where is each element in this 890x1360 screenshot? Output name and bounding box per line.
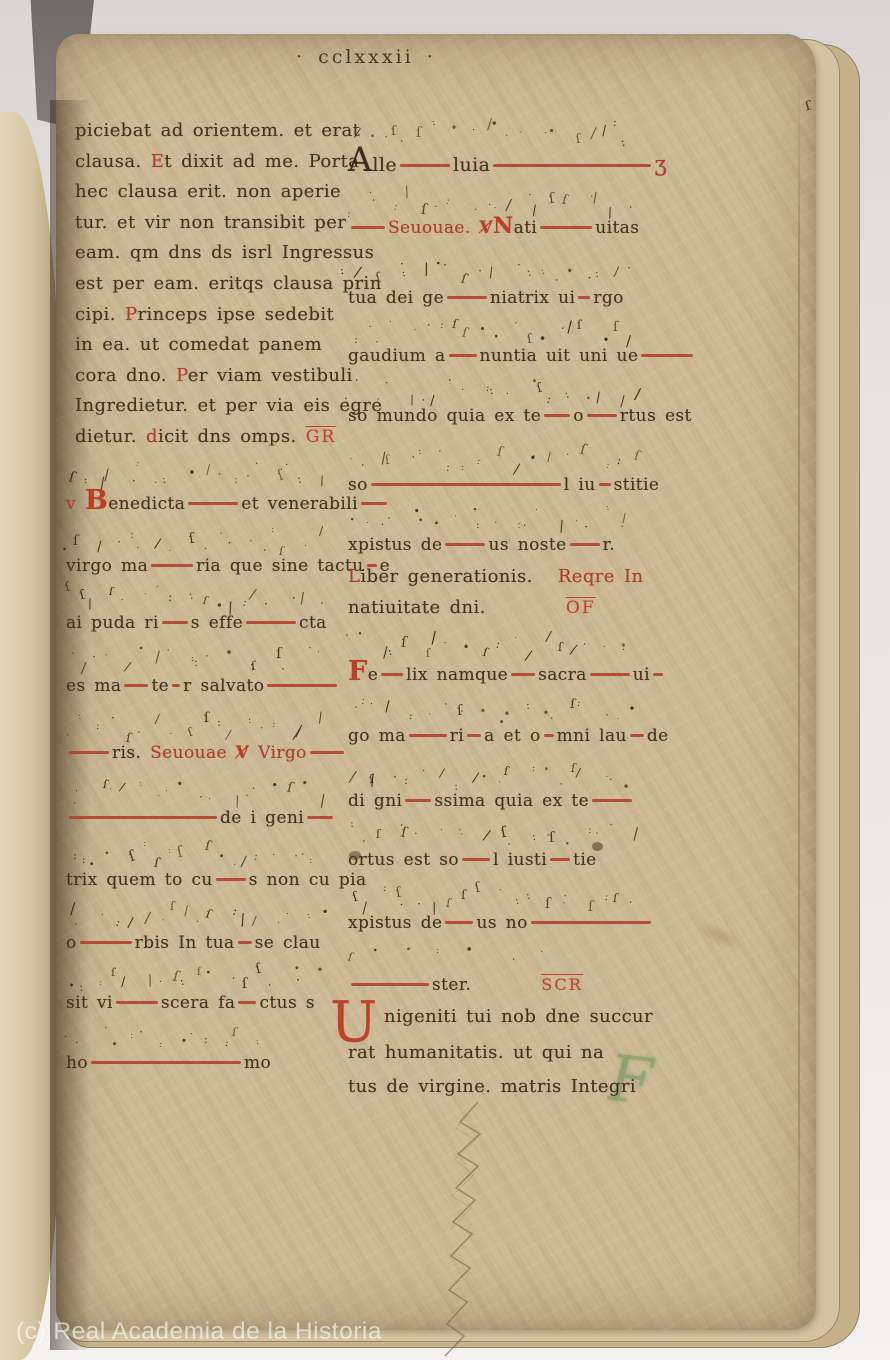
neume-mark: : xyxy=(408,711,414,722)
lection-ezekiel-line-7: cipi. Princeps ipse sedebit xyxy=(75,304,334,325)
neume-mark: · xyxy=(245,470,250,483)
melisma-extension-line xyxy=(238,941,252,944)
melisma-extension-line xyxy=(371,483,561,486)
neume-mark: · xyxy=(615,715,621,725)
neume-mark: · xyxy=(296,975,301,988)
melisma-extension-line xyxy=(467,734,481,737)
secret-unigeniti-line-2: rat humanitatis. ut qui na xyxy=(348,1042,604,1063)
melisma-extension-line xyxy=(351,983,429,986)
neume-mark: : xyxy=(445,196,452,207)
neume-mark: ∙ xyxy=(358,630,363,639)
neume-mark: / xyxy=(184,905,189,918)
latin-text: xpistus de xyxy=(348,913,442,933)
neume-mark: ſ xyxy=(276,647,282,662)
latin-text: piciebat ad orientem. et erat xyxy=(75,120,360,141)
neume-mark: / xyxy=(70,901,75,917)
neume-mark: · xyxy=(628,898,632,909)
neume-mark: / xyxy=(380,451,387,467)
lection-ezekiel-line-6: est per eam. eritqs clausa prin xyxy=(75,273,382,294)
neume-mark: ∙ xyxy=(62,545,68,555)
latin-text: go ma xyxy=(348,726,406,746)
neume-mark: · xyxy=(513,318,519,328)
neume-mark: · xyxy=(427,710,432,720)
neume-mark: : xyxy=(204,1034,208,1046)
rubricated-letter: P xyxy=(125,304,138,325)
melisma-extension-line xyxy=(381,673,403,676)
neume-mark: · xyxy=(355,375,360,387)
copyright-watermark: (c) Real Academia de la Historia xyxy=(16,1318,382,1346)
latin-text: ati xyxy=(514,218,538,238)
rubricated-letter: L xyxy=(348,566,360,587)
neume-mark: · xyxy=(558,779,565,791)
melisma-extension-line xyxy=(162,621,188,624)
neume-mark: · xyxy=(527,190,532,200)
neume-mark: / xyxy=(103,468,109,484)
neume-mark: ∙ xyxy=(271,779,279,791)
neume-mark: : xyxy=(190,654,195,664)
latin-text: Ingredietur. et per via eis egre xyxy=(75,395,382,416)
alleluia-offertory-line-8: Liber generationis. Reqre In xyxy=(348,566,643,587)
latin-text: de xyxy=(647,726,669,746)
melisma-extension-line xyxy=(351,226,385,229)
neume-mark: : xyxy=(613,116,618,128)
neume-mark: · xyxy=(232,860,237,871)
neume-mark: : xyxy=(167,591,172,604)
latin-text: ho xyxy=(66,1053,88,1073)
neume-mark: · xyxy=(459,706,465,718)
latin-text: stitie xyxy=(614,475,660,495)
rubric-text: Seuouae xyxy=(150,743,236,763)
latin-text: niatrix ui xyxy=(490,288,575,308)
alleluia-offertory-line-11: go maria et omni laude xyxy=(348,726,669,746)
neume-mark: ſ xyxy=(560,194,568,208)
neume-mark: / xyxy=(206,464,211,477)
neume-mark: · xyxy=(385,513,392,525)
neume-mark: : xyxy=(532,764,535,773)
neume-mark: ſ xyxy=(569,699,575,712)
latin-text: ai puda ri xyxy=(66,613,159,633)
neume-mark: · xyxy=(143,590,148,600)
melisma-extension-line xyxy=(310,751,344,754)
neume-mark: · xyxy=(609,820,615,831)
latin-text: us no xyxy=(476,913,527,933)
neume-mark: / xyxy=(348,768,357,785)
neume-mark: / xyxy=(292,726,301,742)
neume-mark: ſ xyxy=(632,449,641,464)
neume-mark: ſ xyxy=(196,966,200,977)
neume-mark: / xyxy=(86,598,94,612)
neume-mark: · xyxy=(472,126,475,136)
neume-mark: · xyxy=(136,727,141,738)
neume-mark: · xyxy=(545,830,551,842)
neume-mark: / xyxy=(621,512,626,524)
neume-mark: ſ xyxy=(286,780,295,795)
melisma-extension-line xyxy=(587,414,617,417)
latin-text: ris. xyxy=(112,743,150,763)
neume-mark: / xyxy=(120,976,125,989)
melisma-extension-line xyxy=(116,1001,158,1004)
neume-mark: · xyxy=(498,778,501,787)
neume-mark: · xyxy=(608,774,613,785)
neume-mark: ſ xyxy=(570,762,576,775)
neume-mark: : xyxy=(231,905,239,918)
melisma-extension-line xyxy=(447,296,487,299)
neume-mark: : xyxy=(588,825,592,836)
neume-mark: : xyxy=(255,1037,260,1047)
melisma-extension-line xyxy=(69,816,217,819)
neume-mark: · xyxy=(560,899,566,909)
latin-text: lix namque xyxy=(406,665,508,685)
neume-mark: ſ xyxy=(73,534,79,548)
neume-mark: ſ xyxy=(535,381,543,394)
illuminated-initial-u: U xyxy=(330,998,377,1048)
alleluia-offertory-line-15: ster.SCR xyxy=(348,975,583,995)
latin-text: rbis In tua xyxy=(135,933,235,953)
neume-mark: : xyxy=(563,389,571,402)
alleluia-offertory-line-10: Felix namquesacraui xyxy=(348,661,666,685)
neume-mark: / xyxy=(123,660,132,674)
latin-text: te xyxy=(151,676,169,696)
neume-mark: · xyxy=(349,455,355,465)
gradual-benedicta-line-7: trix quem to cus non cu pia xyxy=(66,870,367,890)
neume-mark: ∙ xyxy=(532,376,537,386)
melisma-extension-line xyxy=(493,164,651,167)
neume-mark: ſ xyxy=(459,272,468,287)
rubric-text: Virgo xyxy=(249,743,306,763)
neume-mark: : xyxy=(350,818,355,830)
neume-mark: · xyxy=(629,201,634,212)
neume-mark: · xyxy=(166,546,172,557)
latin-text: se clau xyxy=(255,933,321,953)
neume-mark: ∙ xyxy=(566,264,574,276)
neume-mark: ſ xyxy=(548,831,554,845)
latin-text: nigeniti tui nob dne succur xyxy=(384,1006,653,1027)
neume-mark: ſ xyxy=(111,967,115,978)
latin-text: so xyxy=(348,475,368,495)
neume-mark: / xyxy=(546,451,551,463)
neume-mark: ſ xyxy=(231,1026,238,1039)
neume-mark: / xyxy=(557,519,565,535)
neume-mark: · xyxy=(168,729,174,740)
neume-mark: : xyxy=(494,638,501,651)
neume-mark: ſ xyxy=(420,202,428,217)
latin-text: ctus s xyxy=(259,993,315,1013)
neume-mark: ſ xyxy=(276,469,286,484)
neume-mark: · xyxy=(161,915,166,925)
neume-mark: · xyxy=(538,946,545,958)
neume-mark: · xyxy=(566,449,571,460)
melisma-extension-line xyxy=(151,564,193,567)
melisma-extension-line xyxy=(238,1001,256,1004)
lection-ezekiel-line-11: dietur. dicit dns omps. GR xyxy=(75,426,336,447)
neume-mark: · xyxy=(100,910,104,920)
melisma-extension-line xyxy=(653,673,663,676)
neume-mark: · xyxy=(199,791,203,803)
latin-text: cora dno. xyxy=(75,365,176,386)
neume-mark: : xyxy=(387,646,394,658)
neume-mark: · xyxy=(195,917,199,928)
neume-mark: : xyxy=(605,460,611,470)
neume-mark: · xyxy=(461,385,464,396)
neume-mark: · xyxy=(302,541,308,552)
neume-mark: / xyxy=(97,540,102,554)
versicle-mark: V̸ xyxy=(479,218,493,238)
neume-mark: · xyxy=(586,272,594,285)
neume-mark: ſ xyxy=(451,319,459,333)
neume-mark: ∙ xyxy=(406,944,412,954)
neume-mark: : xyxy=(73,850,77,861)
neume-mark: : xyxy=(142,839,146,849)
neume-mark: : xyxy=(308,856,311,866)
neume-mark: ∙ xyxy=(177,778,183,790)
latin-text: nuntia uit uni ue xyxy=(480,346,639,366)
gradual-benedicta-line-1: v Benedictaet venerabili xyxy=(66,490,390,514)
neume-mark: : xyxy=(95,722,99,732)
neume-mark: ſ xyxy=(426,648,430,660)
neume-mark: ∙ xyxy=(491,118,498,131)
latin-text: cta xyxy=(299,613,327,633)
neume-mark: · xyxy=(243,790,250,801)
neume-mark: : xyxy=(194,656,199,669)
neume-mark: ∙ xyxy=(480,772,487,782)
alleluia-offertory-line-12: di gnissima quia ex te xyxy=(348,791,635,811)
gradual-benedicta-line-2: virgo maria que sine tactue xyxy=(66,556,390,576)
neume-mark: ſ xyxy=(375,828,380,840)
neume-mark: : xyxy=(431,118,437,128)
neume-mark: · xyxy=(589,191,595,203)
neume-mark: ſ xyxy=(127,849,137,865)
latin-text: trix quem to cu xyxy=(66,870,213,890)
latin-text: r salvato xyxy=(183,676,264,696)
neume-mark: ∙ xyxy=(316,963,325,976)
manuscript-photo: piciebat ad orientem. et eratclausa. Et … xyxy=(0,0,890,1360)
neume-mark: · xyxy=(398,899,405,912)
neume-mark: ſ xyxy=(176,845,185,861)
latin-text: in ea. ut comedat panem xyxy=(75,334,322,355)
neume-mark: / xyxy=(422,262,432,278)
melisma-extension-line xyxy=(246,621,296,624)
neume-mark: / xyxy=(118,781,126,794)
neume-mark: : xyxy=(445,460,451,473)
latin-text: sit vi xyxy=(66,993,113,1013)
neume-mark: · xyxy=(474,205,478,216)
neume-mark: · xyxy=(618,522,625,533)
latin-text: icit dns omps. xyxy=(158,426,306,447)
neume-mark: ∙ xyxy=(102,849,110,860)
neume-mark: · xyxy=(306,644,312,654)
neume-mark: · xyxy=(217,469,224,481)
neume-mark: ſ xyxy=(250,660,256,673)
neume-mark: ∙ xyxy=(466,944,473,957)
neume-mark: ∙ xyxy=(530,452,536,464)
gradual-benedicta-line-8: orbis In tuase clau xyxy=(66,933,321,953)
neume-mark: · xyxy=(531,450,537,462)
neume-mark: · xyxy=(457,825,462,835)
secret-unigeniti-line-1: nigeniti tui nob dne succur xyxy=(348,1006,653,1027)
neume-mark: · xyxy=(385,379,389,389)
latin-text: eam. qm dns ds isrl Ingressus xyxy=(75,242,374,263)
neume-mark: · xyxy=(91,653,97,664)
gradual-benedicta-line-6: de i geni xyxy=(66,808,336,828)
latin-text: es ma xyxy=(66,676,121,696)
latin-text: cipi. xyxy=(75,304,125,325)
neume-mark: ſ xyxy=(204,907,212,920)
neume-mark: : xyxy=(82,855,87,866)
latin-text: uitas xyxy=(595,218,639,238)
neume-mark: · xyxy=(366,322,372,333)
neume-mark: · xyxy=(74,787,78,797)
neume-mark: · xyxy=(189,1030,194,1040)
neume-mark: / xyxy=(430,629,437,645)
neume-mark: : xyxy=(241,596,249,609)
neume-mark: · xyxy=(280,663,287,676)
neume-mark: · xyxy=(549,712,554,724)
neume-mark: ∙ xyxy=(503,706,511,719)
neume-mark: / xyxy=(566,319,572,335)
neume-mark: ∙ xyxy=(88,859,95,870)
neume-mark: · xyxy=(433,202,439,213)
neume-mark: ſ xyxy=(526,333,532,346)
latin-text: dietur. xyxy=(75,426,146,447)
text-layer: piciebat ad orientem. et eratclausa. Et … xyxy=(0,0,890,1360)
secret-unigeniti-line-3: tus de virgine. matris Integri xyxy=(348,1076,636,1097)
neume-mark: · xyxy=(204,650,211,663)
neume-mark: · xyxy=(505,131,509,142)
neume-mark: ∙ xyxy=(320,905,329,918)
latin-text: tua dei ge xyxy=(348,288,444,308)
lection-ezekiel-line-5: eam. qm dns ds isrl Ingressus xyxy=(75,242,374,263)
neume-mark: : xyxy=(531,830,537,842)
rubric-abbreviation: GR xyxy=(306,427,337,447)
neume-mark: · xyxy=(604,709,611,722)
rubricated-letter: P xyxy=(176,365,188,386)
neume-mark: / xyxy=(385,700,391,715)
neume-mark: · xyxy=(383,131,388,143)
melisma-extension-line xyxy=(361,502,387,505)
neume-mark: : xyxy=(247,716,251,726)
melisma-extension-line xyxy=(550,858,570,861)
neume-mark: ſ xyxy=(400,636,407,651)
neume-mark: / xyxy=(145,973,154,988)
neume-mark: · xyxy=(365,519,370,529)
neume-mark: · xyxy=(320,598,324,609)
neume-mark: : xyxy=(295,473,303,487)
neume-mark: · xyxy=(604,772,609,783)
neume-mark: · xyxy=(252,784,256,795)
neume-mark: · xyxy=(266,980,272,992)
neume-mark: · xyxy=(442,259,448,272)
neume-mark: · xyxy=(69,647,75,659)
neume-mark: ∙ xyxy=(413,505,420,517)
melisma-extension-line xyxy=(445,543,485,546)
neume-mark: / xyxy=(252,915,257,928)
latin-text: e xyxy=(368,665,378,685)
neume-mark: ſ xyxy=(204,712,209,726)
melisma-extension-line xyxy=(307,816,333,819)
neume-mark: ∙ xyxy=(189,467,197,480)
neume-mark: ſ xyxy=(169,901,174,913)
neume-mark: : xyxy=(486,383,491,394)
neume-mark: : xyxy=(114,917,122,929)
neume-mark: · xyxy=(447,375,452,387)
neume-mark: ∙ xyxy=(181,1035,187,1047)
melisma-extension-line xyxy=(124,684,148,687)
latin-text: s effe xyxy=(191,613,243,633)
latin-text: ria que sine tactu xyxy=(196,556,363,576)
neume-mark: / xyxy=(569,643,578,658)
latin-text: ortus est so xyxy=(348,850,459,870)
neume-mark: : xyxy=(439,320,444,331)
neume-mark: : xyxy=(130,529,134,540)
latin-text: clausa. xyxy=(75,151,151,172)
neume-mark: : xyxy=(517,519,521,531)
latin-text: mo xyxy=(244,1053,271,1073)
melisma-extension-line xyxy=(172,684,180,687)
alleluia-offertory-line-2: Seuouae. V̸Natiuitas xyxy=(348,218,639,238)
neume-mark: : xyxy=(461,463,465,472)
latin-text: iber generationis. xyxy=(360,566,541,587)
neume-mark: · xyxy=(231,973,238,985)
neume-mark: · xyxy=(165,645,171,657)
alleluia-offertory-line-4: gaudium anuntia uit uni ue xyxy=(348,346,696,366)
neume-mark: · xyxy=(562,892,568,902)
latin-text: virgo ma xyxy=(66,556,148,576)
neume-mark: ∙ xyxy=(418,516,424,526)
lection-ezekiel-line-9: cora dno. Per viam vestibuli xyxy=(75,365,353,386)
neume-mark: · xyxy=(574,517,579,527)
lection-ezekiel-line-3: hec clausa erit. non aperie xyxy=(75,181,341,202)
neume-mark: : xyxy=(524,890,531,903)
neume-mark: : xyxy=(539,266,545,277)
neume-mark: · xyxy=(362,836,366,848)
neume-mark: · xyxy=(353,702,360,714)
neume-mark: : xyxy=(178,976,185,988)
melisma-extension-line xyxy=(449,354,477,357)
melisma-extension-line xyxy=(570,543,600,546)
neume-mark: · xyxy=(290,591,298,604)
neume-mark: · xyxy=(392,771,398,784)
neume-mark: · xyxy=(118,596,124,606)
neume-mark: : xyxy=(546,393,554,406)
neume-mark: : xyxy=(159,1040,164,1050)
rubric-abbreviation: OF xyxy=(566,598,596,618)
neume-mark: / xyxy=(482,829,491,844)
neume-mark: · xyxy=(560,322,565,333)
neume-mark: : xyxy=(138,780,143,790)
neume-mark: · xyxy=(442,699,449,711)
neume-mark: · xyxy=(594,828,599,839)
neume-mark: / xyxy=(319,475,326,488)
neume-mark: ∙ xyxy=(225,647,233,661)
neume-mark: · xyxy=(204,544,208,555)
latin-text: tus de virgine. matris Integri xyxy=(348,1076,636,1097)
neume-mark: ∙ xyxy=(586,394,591,404)
rubricated-letter: v xyxy=(66,494,85,514)
neume-mark: · xyxy=(156,792,161,802)
melisma-extension-line xyxy=(69,751,109,754)
neume-mark: · xyxy=(248,534,252,546)
alleluia-offertory-line-7: xpistus deus noster. xyxy=(348,535,615,555)
neume-mark: ∙ xyxy=(620,639,627,650)
lection-ezekiel-line-4: tur. et vir non transibit per xyxy=(75,212,346,233)
neume-mark: / xyxy=(403,186,412,201)
neume-mark: · xyxy=(218,529,224,540)
melisma-extension-line xyxy=(578,296,590,299)
lection-ezekiel-line-2: clausa. Et dixit ad me. Porta xyxy=(75,151,359,172)
neume-mark: ſ xyxy=(152,857,160,871)
neume-mark: ∙ xyxy=(218,851,225,862)
latin-text: ui xyxy=(633,665,650,685)
